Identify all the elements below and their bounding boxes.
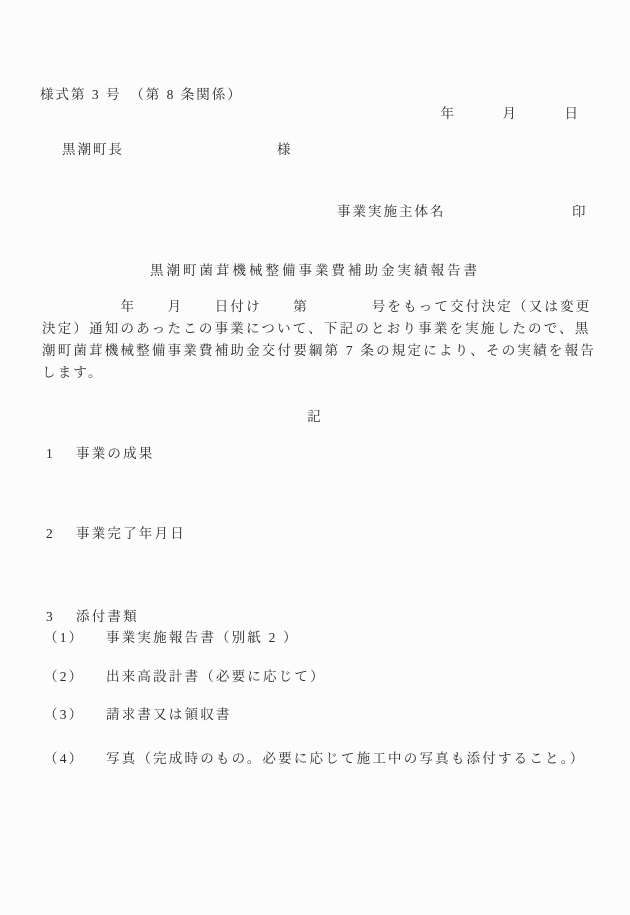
attachment-row: （2） 出来高設計書（必要に応じて） bbox=[44, 667, 326, 687]
attachment-number: （2） bbox=[44, 667, 106, 687]
section-item-results: 1 事業の成果 bbox=[46, 444, 155, 464]
body-line: 年 月 日付け 第 号をもって交付決定（又は変更 bbox=[42, 296, 598, 318]
attachment-number: （4） bbox=[44, 749, 106, 769]
attachment-row: （3） 請求書又は領収書 bbox=[44, 705, 232, 725]
attachment-number: （1） bbox=[44, 628, 106, 648]
item-label: 事業の成果 bbox=[76, 444, 155, 464]
attachment-label: 請求書又は領収書 bbox=[106, 705, 232, 725]
document-page: 様式第 3 号 （第 8 条関係） 年 月 日 黒潮町長 様 事業実施主体名 印… bbox=[0, 0, 630, 915]
item-label: 添付書類 bbox=[76, 607, 139, 627]
attachment-label: 事業実施報告書（別紙 2 ） bbox=[106, 628, 299, 648]
section-item-attachments: 3 添付書類 bbox=[46, 607, 139, 627]
date-blank-line: 年 月 日 bbox=[441, 104, 581, 124]
body-paragraph: 年 月 日付け 第 号をもって交付決定（又は変更 決定）通知のあったこの事業につ… bbox=[42, 296, 598, 384]
attachment-row: （1） 事業実施報告書（別紙 2 ） bbox=[44, 628, 299, 648]
notation-mark: 記 bbox=[0, 405, 630, 425]
attachment-label: 出来高設計書（必要に応じて） bbox=[106, 667, 326, 687]
document-title: 黒潮町菌茸機械整備事業費補助金実績報告書 bbox=[0, 259, 630, 279]
addressee-honorific: 様 bbox=[277, 140, 293, 160]
attachment-row: （4） 写真（完成時のもの。必要に応じて施工中の写真も添付すること。） bbox=[44, 749, 585, 769]
addressee-name: 黒潮町長 bbox=[62, 140, 124, 160]
body-line: します。 bbox=[42, 362, 598, 384]
body-line: 決定）通知のあったこの事業について、下記のとおり事業を実施したので、黒 bbox=[42, 318, 598, 340]
attachment-number: （3） bbox=[44, 705, 106, 725]
item-label: 事業完了年月日 bbox=[76, 524, 186, 544]
seal-label: 印 bbox=[572, 202, 588, 222]
attachment-label: 写真（完成時のもの。必要に応じて施工中の写真も添付すること。） bbox=[106, 749, 585, 769]
form-number: 様式第 3 号 （第 8 条関係） bbox=[40, 85, 243, 105]
item-number: 3 bbox=[46, 607, 76, 627]
item-number: 2 bbox=[46, 524, 76, 544]
section-item-completion-date: 2 事業完了年月日 bbox=[46, 524, 186, 544]
item-number: 1 bbox=[46, 444, 76, 464]
applicant-label: 事業実施主体名 bbox=[337, 202, 446, 222]
body-line: 潮町菌茸機械整備事業費補助金交付要綱第 7 条の規定により、その実績を報告 bbox=[42, 340, 598, 362]
